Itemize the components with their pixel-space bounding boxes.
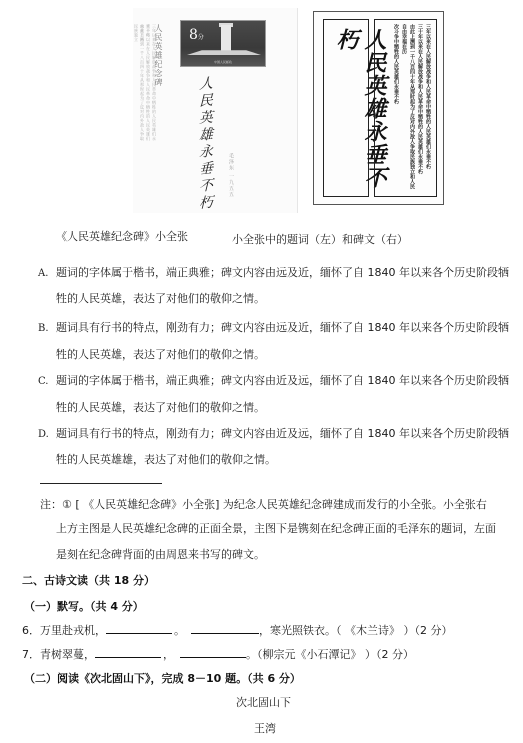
option-letter: C. [38, 376, 56, 387]
souvenir-sheet-image: 人民英雄纪念碑 三年以来在人民解放战争和人民革命中牺牲的人民英雄们永垂不朽 三十… [133, 8, 298, 213]
option-letter: B. [38, 323, 56, 334]
q7-blank-1[interactable] [95, 647, 161, 658]
option-b: B.题词具有行书的特点，刚劲有力；碑文内容由远及近，缅怀了自 1840 年以来各… [38, 319, 509, 335]
option-d: D.题词具有行书的特点，刚劲有力；碑文内容由近及远，缅怀了自 1840 年以来各… [38, 425, 509, 441]
option-letter: D. [38, 429, 56, 440]
footnote-line: 注：① [ 《人民英雄纪念碑》小全张] 为纪念人民英雄纪念碑建成而发行的小全张。… [40, 496, 487, 512]
q7-prefix: 7．青树翠蔓， [22, 648, 95, 661]
part2-heading: （二）阅读《次北固山下》，完成 8－10 题。（共 6 分） [24, 670, 301, 686]
stamp-image: 8分 中国人民邮政 [180, 20, 266, 67]
option-letter: A. [38, 268, 56, 279]
caption-left: 《人民英雄纪念碑》小全张 [56, 228, 188, 244]
option-b-cont: 牲的人民英雄，表达了对他们的敬仰之情。 [56, 346, 265, 362]
q6-sep: 。 [174, 624, 185, 637]
option-text: 题词具有行书的特点，刚劲有力；碑文内容由近及远，缅怀了自 1840 年以来各个历… [56, 427, 509, 440]
option-a: A.题词的字体属于楷书，端正典雅；碑文内容由远及近，缅怀了自 1840 年以来各… [38, 264, 509, 280]
option-text: 题词具有行书的特点，刚劲有力；碑文内容由远及近，缅怀了自 1840 年以来各个历… [56, 321, 509, 334]
option-text: 题词的字体属于楷书，端正典雅；碑文内容由远及近，缅怀了自 1840 年以来各个历… [56, 266, 509, 279]
inscription-stele-image: 人民英雄永垂不朽 三年以来在人民解放战争和人民革命中牺牲的人民英雄们永垂不朽 三… [313, 11, 444, 205]
q6-suffix: ，寒光照铁衣。（ 《木兰诗》 ）（2 分） [259, 624, 453, 637]
footnote-divider [40, 483, 162, 484]
q7-suffix: 。（柳宗元《小石潭记》 ）（2 分） [246, 648, 414, 661]
caption-right: 小全张中的题词（左）和碑文（右） [232, 231, 408, 247]
q6-blank-1[interactable] [106, 623, 172, 634]
poem-title: 次北固山下 [236, 694, 291, 710]
poem-author: 王湾 [254, 720, 276, 736]
stamp-strip-text: 中国人民邮政 [181, 59, 265, 66]
inscription-panel: 人民英雄永垂不朽 [323, 19, 369, 197]
q6-blank-2[interactable] [191, 623, 259, 634]
stele-text-panel: 三年以来在人民解放战争和人民革命中牺牲的人民英雄们永垂不朽 三十年以来在人民解放… [374, 19, 437, 197]
option-text: 题词的字体属于楷书，端正典雅；碑文内容由近及远，缅怀了自 1840 年以来各个历… [56, 374, 509, 387]
footnote-line: 是刻在纪念碑背面的由周恩来书写的碑文。 [56, 546, 265, 562]
q6-prefix: 6．万里赴戎机， [22, 624, 106, 637]
monument-icon [221, 25, 231, 53]
question-6: 6．万里赴戎机，。，寒光照铁衣。（ 《木兰诗》 ）（2 分） [22, 622, 453, 638]
option-d-cont: 牲的人民英雄雄，表达了对他们的敬仰之情。 [56, 451, 276, 467]
option-c-cont: 牲的人民英雄，表达了对他们的敬仰之情。 [56, 399, 265, 415]
stamp-value: 8分 [189, 27, 204, 43]
section-heading: 二、古诗文读（共 18 分） [22, 572, 155, 588]
sheet-text-column: 由此上溯到一千八百四十年从那时起为了反对内外敌人争取民族独立 [133, 24, 145, 144]
q7-sep: ， [163, 648, 174, 661]
q7-blank-2[interactable] [180, 647, 246, 658]
sheet-calligraphy: 人民英雄永垂不朽 [195, 75, 215, 213]
sheet-signature: 毛泽东 一九五五 [228, 153, 235, 198]
footnote-line: 上方主图是人民英雄纪念碑的正面全景，主图下是镌刻在纪念碑正面的毛泽东的题词，左面 [56, 520, 496, 536]
part1-heading: （一）默写。（共 4 分） [24, 598, 144, 614]
stele-text: 三年以来在人民解放战争和人民革命中牺牲的人民英雄们永垂不朽 三十年以来在人民解放… [392, 24, 432, 192]
option-a-cont: 牲的人民英雄，表达了对他们的敬仰之情。 [56, 290, 265, 306]
question-7: 7．青树翠蔓，，。（柳宗元《小石潭记》 ）（2 分） [22, 646, 414, 662]
option-c: C.题词的字体属于楷书，端正典雅；碑文内容由近及远，缅怀了自 1840 年以来各… [38, 372, 509, 388]
